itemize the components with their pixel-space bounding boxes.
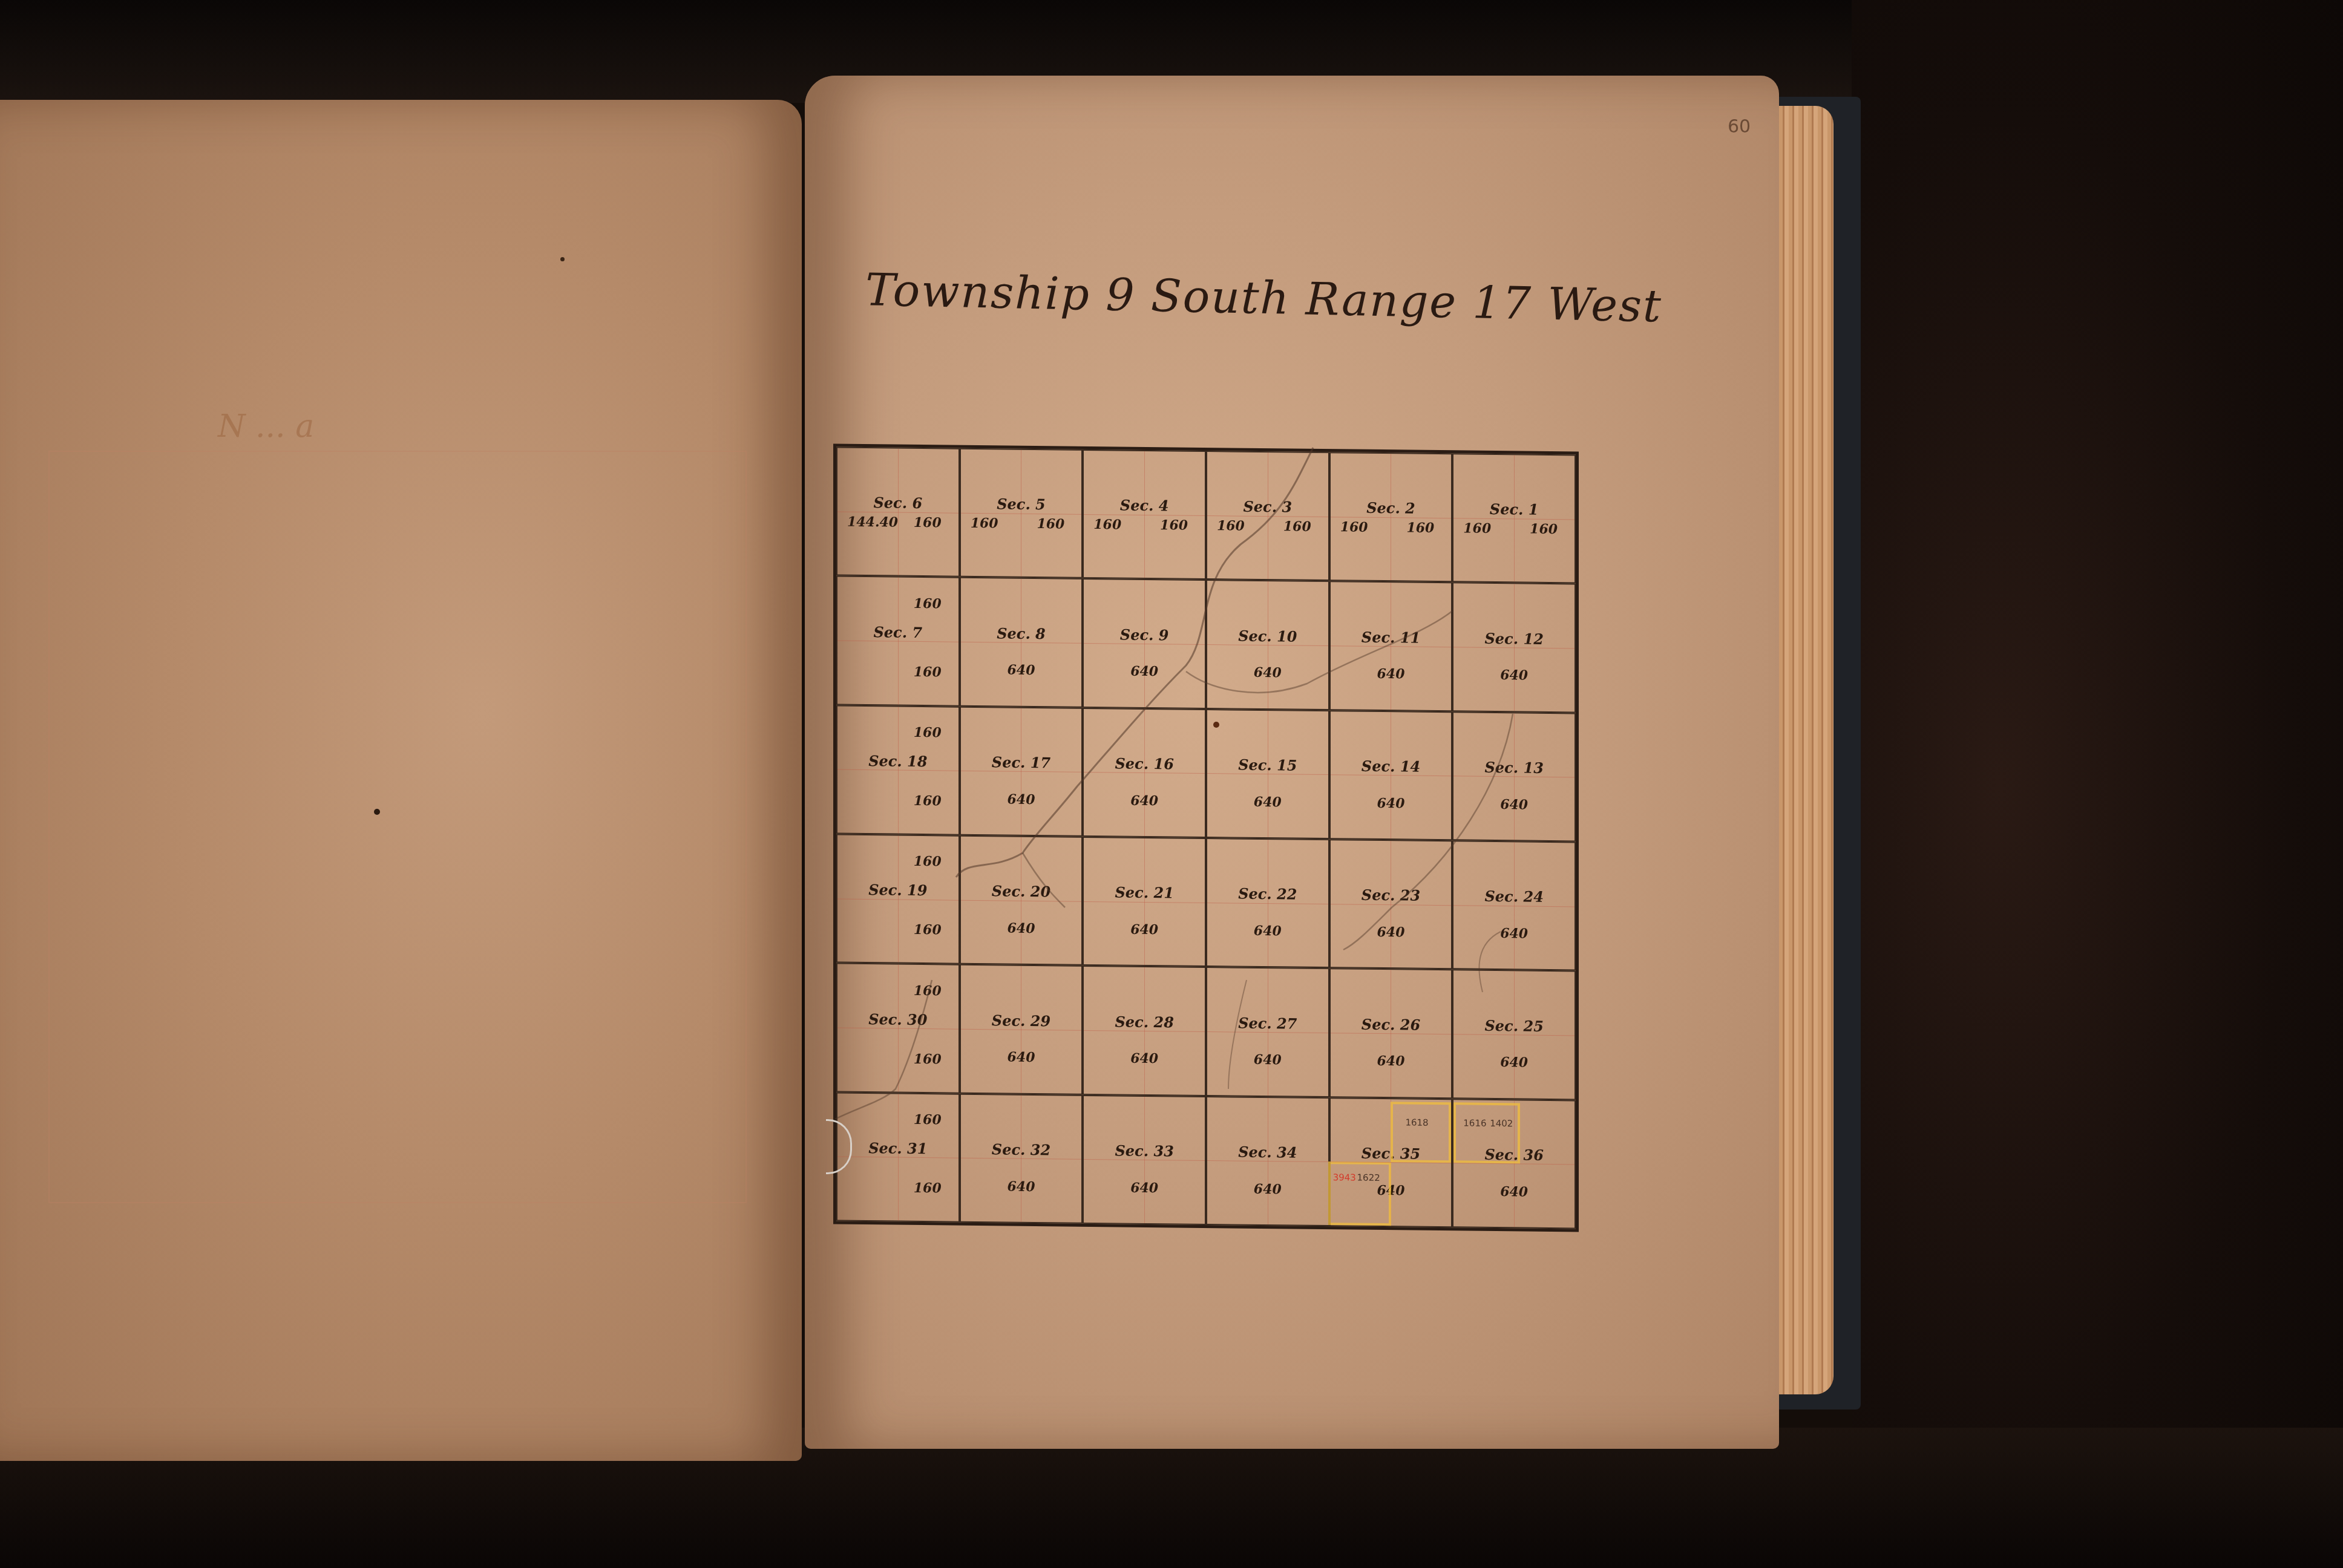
acreage-value: 640 bbox=[1084, 663, 1205, 680]
section-cell: Sec. 22640 bbox=[1206, 838, 1329, 968]
acreage-value: 160 bbox=[914, 725, 942, 740]
section-cell: Sec. 3664016161402 bbox=[1452, 1099, 1576, 1229]
acreage-value: 160 bbox=[914, 515, 942, 531]
section-label: Sec. 31 bbox=[837, 1139, 958, 1158]
acreage-value: 640 bbox=[961, 920, 1082, 937]
section-cell: Sec. 32640 bbox=[960, 1093, 1083, 1223]
section-cell: Sec. 28640 bbox=[1083, 965, 1206, 1096]
section-cell: Sec. 15640 bbox=[1206, 709, 1329, 839]
section-label: Sec. 4 bbox=[1084, 496, 1205, 515]
acreage-value: 640 bbox=[1331, 666, 1452, 683]
ink-spot bbox=[374, 809, 380, 815]
section-cell: Sec. 35640161816223943 bbox=[1329, 1097, 1453, 1227]
acreage-value: 160 bbox=[1217, 518, 1245, 534]
section-cell: Sec. 5160160 bbox=[960, 448, 1083, 578]
acreage-value: 160 bbox=[971, 515, 998, 531]
acreage-value: 640 bbox=[1331, 924, 1452, 941]
acreage-value: 160 bbox=[914, 983, 942, 999]
section-label: Sec. 33 bbox=[1084, 1142, 1205, 1160]
acreage-value: 160 bbox=[914, 1180, 942, 1196]
section-label: Sec. 18 bbox=[837, 752, 958, 771]
section-cell: Sec. 9640 bbox=[1083, 578, 1206, 708]
section-cell: Sec. 29640 bbox=[960, 964, 1083, 1094]
acreage-value: 640 bbox=[961, 1049, 1082, 1066]
section-label: Sec. 34 bbox=[1207, 1143, 1328, 1161]
section-cell: Sec. 23640 bbox=[1329, 839, 1453, 969]
section-cell: Sec. 26640 bbox=[1329, 968, 1453, 1098]
acreage-value: 640 bbox=[1084, 1180, 1205, 1197]
acreage-value: 160 bbox=[1340, 519, 1368, 535]
section-cell: Sec. 12640 bbox=[1452, 583, 1576, 713]
acreage-value: 640 bbox=[1453, 1183, 1575, 1200]
section-label: Sec. 15 bbox=[1207, 756, 1328, 774]
section-cell: Sec. 21640 bbox=[1083, 837, 1206, 967]
section-label: Sec. 7 bbox=[837, 622, 958, 641]
acreage-value: 640 bbox=[1331, 795, 1452, 812]
section-label: Sec. 6 bbox=[837, 494, 958, 512]
acreage-value: 640 bbox=[1453, 667, 1575, 684]
section-label: Sec. 27 bbox=[1207, 1014, 1328, 1033]
page-number: 60 bbox=[1728, 116, 1751, 137]
section-cell: Sec. 2160160 bbox=[1329, 452, 1453, 582]
acreage-value: 640 bbox=[1207, 1052, 1328, 1069]
entry-number: 1402 bbox=[1490, 1118, 1513, 1129]
dark-background-right bbox=[1852, 0, 2343, 1568]
section-cell: Sec. 16640 bbox=[1083, 708, 1206, 838]
acreage-value: 640 bbox=[1207, 1181, 1328, 1198]
ink-spot bbox=[560, 257, 565, 261]
section-cell: Sec. 27640 bbox=[1206, 967, 1329, 1097]
township-plat-grid: Sec. 6144.40160Sec. 5160160Sec. 4160160S… bbox=[833, 444, 1579, 1232]
left-page: N ... a bbox=[0, 100, 802, 1461]
acreage-value: 640 bbox=[961, 791, 1082, 808]
acreage-value: 640 bbox=[961, 662, 1082, 679]
section-label: Sec. 23 bbox=[1331, 886, 1452, 904]
empty-plat-frame bbox=[48, 451, 747, 1203]
section-label: Sec. 25 bbox=[1453, 1016, 1575, 1035]
acreage-value: 640 bbox=[1453, 925, 1575, 942]
section-cell: Sec. 10640 bbox=[1206, 580, 1329, 710]
section-label: Sec. 13 bbox=[1453, 758, 1575, 777]
section-label: Sec. 20 bbox=[961, 882, 1082, 901]
acreage-value: 640 bbox=[1453, 1054, 1575, 1071]
section-cell: Sec. 7160160 bbox=[836, 576, 960, 706]
acreage-value: 640 bbox=[1207, 665, 1328, 682]
acreage-value: 160 bbox=[1160, 517, 1188, 533]
section-label: Sec. 19 bbox=[837, 881, 958, 900]
acreage-value: 160 bbox=[1463, 520, 1491, 536]
acreage-value: 160 bbox=[914, 1051, 942, 1067]
acreage-value: 160 bbox=[914, 922, 942, 938]
section-cell: Sec. 1160160 bbox=[1452, 453, 1576, 583]
entry-number: 3943 bbox=[1333, 1172, 1356, 1183]
acreage-value: 640 bbox=[1331, 1053, 1452, 1070]
acreage-value: 160 bbox=[1093, 517, 1121, 532]
section-label: Sec. 5 bbox=[961, 495, 1082, 514]
section-label: Sec. 21 bbox=[1084, 883, 1205, 902]
highlighted-tract bbox=[1328, 1161, 1391, 1226]
section-label: Sec. 24 bbox=[1453, 887, 1575, 906]
section-label: Sec. 11 bbox=[1331, 628, 1452, 647]
section-label: Sec. 8 bbox=[961, 624, 1082, 642]
section-label: Sec. 26 bbox=[1331, 1015, 1452, 1034]
acreage-value: 640 bbox=[1084, 921, 1205, 938]
section-label: Sec. 29 bbox=[961, 1011, 1082, 1030]
section-label: Sec. 16 bbox=[1084, 754, 1205, 773]
section-label: Sec. 2 bbox=[1331, 498, 1452, 517]
acreage-value: 640 bbox=[1084, 792, 1205, 809]
acreage-value: 640 bbox=[1084, 1050, 1205, 1067]
section-label: Sec. 12 bbox=[1453, 629, 1575, 648]
entry-number: 1618 bbox=[1405, 1117, 1428, 1128]
acreage-value: 160 bbox=[914, 1112, 942, 1128]
highlighted-tract bbox=[1453, 1102, 1520, 1164]
section-cell: Sec. 24640 bbox=[1452, 840, 1576, 970]
section-cell: Sec. 19160160 bbox=[836, 834, 960, 964]
section-label: Sec. 1 bbox=[1453, 500, 1575, 519]
section-cell: Sec. 20640 bbox=[960, 835, 1083, 965]
acreage-value: 640 bbox=[1207, 794, 1328, 811]
section-cell: Sec. 25640 bbox=[1452, 970, 1576, 1100]
section-label: Sec. 17 bbox=[961, 753, 1082, 772]
section-cell: Sec. 14640 bbox=[1329, 710, 1453, 840]
acreage-value: 160 bbox=[914, 793, 942, 809]
acreage-value: 160 bbox=[914, 664, 942, 680]
section-cell: Sec. 3160160 bbox=[1206, 451, 1329, 581]
section-cell: Sec. 8640 bbox=[960, 577, 1083, 707]
section-label: Sec. 14 bbox=[1331, 757, 1452, 776]
section-cell: Sec. 33640 bbox=[1083, 1095, 1206, 1225]
acreage-value: 144.40 bbox=[847, 514, 898, 531]
section-cell: Sec. 31160160 bbox=[836, 1092, 960, 1222]
acreage-value: 640 bbox=[1453, 796, 1575, 813]
section-label: Sec. 30 bbox=[837, 1010, 958, 1028]
section-cell: Sec. 13640 bbox=[1452, 711, 1576, 841]
acreage-value: 160 bbox=[1406, 520, 1434, 535]
section-label: Sec. 22 bbox=[1207, 884, 1328, 903]
acreage-value: 160 bbox=[1037, 516, 1064, 532]
acreage-value: 160 bbox=[1530, 521, 1558, 537]
section-cell: Sec. 17640 bbox=[960, 706, 1083, 836]
acreage-value: 640 bbox=[1207, 923, 1328, 939]
highlighted-tract bbox=[1391, 1102, 1451, 1163]
acreage-value: 640 bbox=[961, 1178, 1082, 1195]
entry-number: 1622 bbox=[1357, 1172, 1380, 1183]
acreage-value: 160 bbox=[914, 854, 942, 869]
section-label: Sec. 3 bbox=[1207, 497, 1328, 516]
faded-heading: N ... a bbox=[218, 408, 581, 445]
section-cell: Sec. 30160160 bbox=[836, 963, 960, 1093]
section-label: Sec. 9 bbox=[1084, 626, 1205, 644]
section-label: Sec. 10 bbox=[1207, 627, 1328, 645]
section-label: Sec. 32 bbox=[961, 1140, 1082, 1159]
acreage-value: 160 bbox=[914, 596, 942, 612]
section-label: Sec. 28 bbox=[1084, 1013, 1205, 1031]
entry-number: 1616 bbox=[1463, 1117, 1486, 1128]
section-cell: Sec. 11640 bbox=[1329, 581, 1453, 711]
section-cell: Sec. 34640 bbox=[1206, 1096, 1329, 1226]
section-cell: Sec. 18160160 bbox=[836, 705, 960, 835]
section-cell: Sec. 6144.40160 bbox=[836, 447, 960, 577]
section-cell: Sec. 4160160 bbox=[1083, 449, 1206, 580]
acreage-value: 160 bbox=[1283, 518, 1311, 534]
